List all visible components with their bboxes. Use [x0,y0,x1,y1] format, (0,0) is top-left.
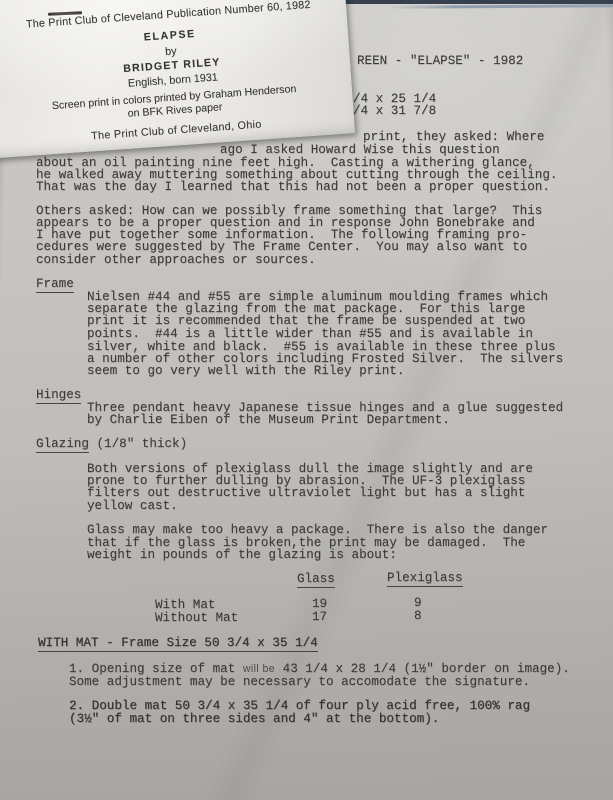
photo-of-document: REEN - "ELAPSE" - 1982/4 x 25 1/4/4 x 31… [0,0,613,800]
typed-line: yellow cast. [87,500,178,513]
typed-line: seem to go very well with the Riley prin… [87,365,404,378]
typed-line: (3½" of mat on three sides and 4" at the… [69,713,439,726]
typed-line: Some adjustment may be necessary to acco… [69,676,530,689]
typed-line: consider other approaches or sources. [36,254,316,267]
typed-line: Without Mat [155,612,238,625]
typed-line: That was the day I learned that this had… [36,181,550,194]
typed-line: /4 x 31 7/8 [353,105,436,118]
typed-line: weight in pounds of the glazing is about… [87,549,397,562]
typed-line: WITH MAT - Frame Size 50 3/4 x 35 1/4 [38,637,318,650]
typed-line: REEN - "ELAPSE" - 1982 [357,55,523,68]
typed-line: Hinges [36,389,81,402]
typed-line: by Charlie Eiben of the Museum Print Dep… [87,414,450,427]
typed-line: Plexiglass [387,572,463,585]
typed-line: Frame [36,278,74,291]
typed-line: Glazing (1/8" thick) [36,438,187,451]
typed-line: 8 [414,610,422,623]
typed-line: Glass [297,573,335,586]
typed-line: 17 [312,611,327,624]
